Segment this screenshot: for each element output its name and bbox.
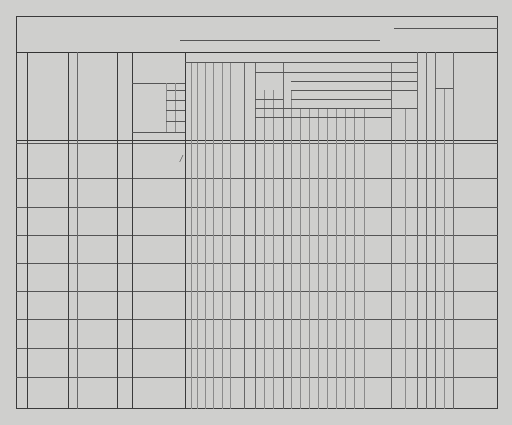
ruhe-rule (255, 99, 283, 100)
col-rule (327, 108, 328, 409)
col-rule (405, 108, 406, 409)
col-rule (191, 62, 192, 409)
col-rule (185, 52, 186, 409)
col-rule (417, 52, 418, 409)
col-rule (453, 52, 454, 409)
col-rule (27, 52, 28, 409)
col-rule (205, 62, 206, 409)
census-form-page: / (0, 0, 512, 425)
stand-col-rule (166, 83, 167, 132)
nachwuchs-rule (255, 72, 417, 73)
col-rule (426, 52, 427, 409)
col-rule (283, 62, 284, 409)
col-rule (68, 52, 69, 409)
col-rule (309, 108, 310, 409)
col-rule (255, 62, 256, 409)
col-rule (336, 108, 337, 409)
col-rule (391, 62, 392, 409)
col-rule (132, 52, 133, 409)
religion-rule (132, 83, 185, 84)
row1-tally: / (180, 155, 183, 163)
stand-rule (166, 121, 185, 122)
vorgemerkte-rule (291, 90, 417, 91)
col-rule (264, 90, 265, 409)
col-rule (435, 52, 436, 409)
nummerbar-rule (291, 81, 417, 82)
col-rule (77, 52, 78, 409)
pferde-rule (435, 88, 453, 89)
col-rule (244, 62, 245, 409)
col-rule (354, 108, 355, 409)
col-rule (291, 90, 292, 409)
col-rule (318, 108, 319, 409)
age-bottom-rule (255, 117, 391, 118)
col-rule (300, 108, 301, 409)
col-rule (222, 62, 223, 409)
col-rule (230, 62, 231, 409)
stand-rule (166, 100, 185, 101)
armee-rule (291, 99, 391, 100)
col-rule (364, 108, 365, 409)
col-rule (197, 62, 198, 409)
col-rule (273, 90, 274, 409)
conscriptions-rule (394, 28, 498, 29)
classification-rule (185, 62, 417, 63)
col-rule (213, 62, 214, 409)
age-rule (255, 108, 417, 109)
qualification-rule (132, 132, 185, 133)
stand-rule (166, 110, 185, 111)
col-rule (345, 108, 346, 409)
col-rule (117, 52, 118, 409)
col-rule (444, 88, 445, 409)
title-rule (180, 40, 380, 41)
stand-col-rule (175, 83, 176, 132)
